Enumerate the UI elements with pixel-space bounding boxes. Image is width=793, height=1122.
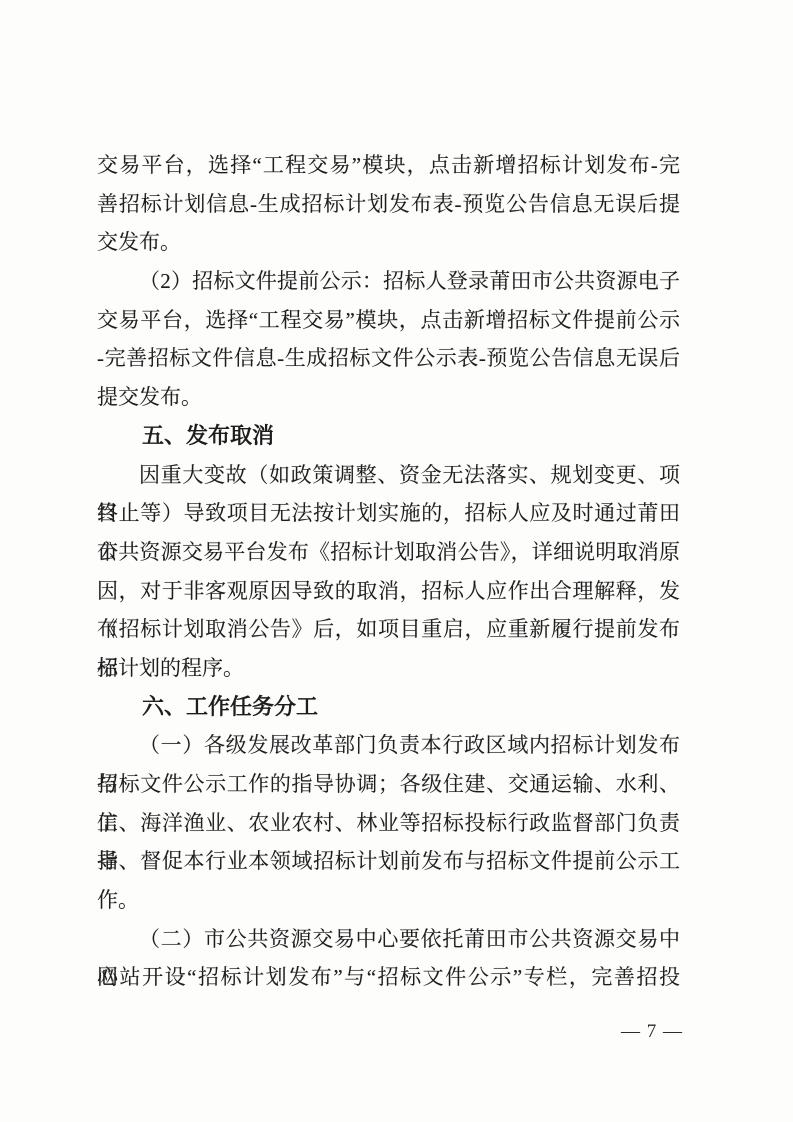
section-heading-task-division: 六、工作任务分工 [97,688,680,727]
text-line: （2）招标文件提前公示：招标人登录莆田市公共资源电子 [97,262,680,301]
text-line: 终止等）导致项目无法按计划实施的，招标人应及时通过莆田市 [97,494,680,533]
text-line: -完善招标文件信息-生成招标文件公示表-预览公告信息无误后 [97,339,680,378]
text-line: 作。 [97,881,680,920]
document-page: 交易平台，选择“工程交易”模块，点击新增招标计划发布-完 善招标计划信息-生成招… [0,0,793,1122]
text-line: 善招标计划信息-生成招标计划发布表-预览公告信息无误后提 [97,185,680,224]
document-body: 交易平台，选择“工程交易”模块，点击新增招标计划发布-完 善招标计划信息-生成招… [97,146,680,997]
text-line: 信、海洋渔业、农业农村、林业等招标投标行政监督部门负责指 [97,804,680,843]
text-line: 《招标计划取消公告》后，如项目重启，应重新履行提前发布招 [97,610,680,649]
paragraph-task-item-1: （一）各级发展改革部门负责本行政区域内招标计划发布与 招标文件公示工作的指导协调… [97,726,680,919]
text-line: 招标文件公示工作的指导协调；各级住建、交通运输、水利、工 [97,765,680,804]
paragraph-continuation: 交易平台，选择“工程交易”模块，点击新增招标计划发布-完 善招标计划信息-生成招… [97,146,680,262]
text-line: （一）各级发展改革部门负责本行政区域内招标计划发布与 [97,726,680,765]
text-line: 交易平台，选择“工程交易”模块，点击新增招标计划发布-完 [97,146,680,185]
text-line: 交发布。 [97,223,680,262]
page-number: — 7 — [621,1021,683,1043]
paragraph-cancel-rules: 因重大变故（如政策调整、资金无法落实、规划变更、项目 终止等）导致项目无法按计划… [97,456,680,688]
text-line: 公共资源交易平台发布《招标计划取消公告》，详细说明取消原 [97,533,680,572]
text-line: 交易平台，选择“工程交易”模块，点击新增招标文件提前公示 [97,301,680,340]
text-line: 标计划的程序。 [97,649,680,688]
paragraph-file-presale-notice: （2）招标文件提前公示：招标人登录莆田市公共资源电子 交易平台，选择“工程交易”… [97,262,680,417]
text-line: （二）市公共资源交易中心要依托莆田市公共资源交易中心 [97,920,680,959]
paragraph-task-item-2: （二）市公共资源交易中心要依托莆田市公共资源交易中心 网站开设“招标计划发布”与… [97,920,680,997]
text-line: 因重大变故（如政策调整、资金无法落实、规划变更、项目 [97,456,680,495]
text-line: 网站开设“招标计划发布”与“招标文件公示”专栏，完善招投 [97,958,680,997]
text-line: 导、督促本行业本领域招标计划前发布与招标文件提前公示工 [97,842,680,881]
section-heading-cancel-publish: 五、发布取消 [97,417,680,456]
text-line: 因，对于非客观原因导致的取消，招标人应作出合理解释，发布 [97,572,680,611]
text-line: 提交发布。 [97,378,680,417]
